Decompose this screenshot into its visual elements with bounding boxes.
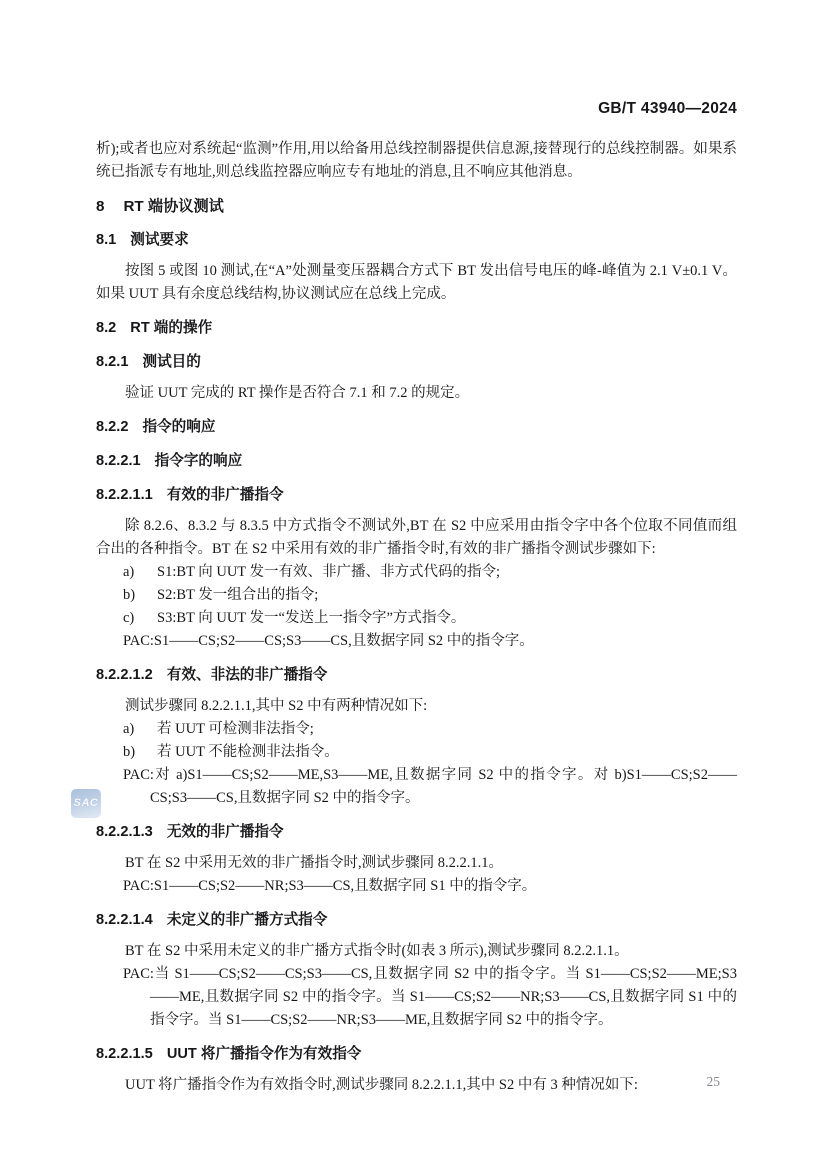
heading-8-2-2-1-3: 8.2.2.1.3无效的非广播指令 bbox=[96, 821, 737, 844]
list-item-c: c) S3:BT 向 UUT 发一“发送上一指令字”方式指令。 bbox=[123, 607, 737, 630]
heading-title: 测试要求 bbox=[130, 232, 188, 248]
heading-number: 8.2.2.1.3 bbox=[96, 824, 153, 840]
paragraph-continuation: 析);或者也应对系统起“监测”作用,用以给备用总线控制器提供信息源,接替现行的总… bbox=[96, 138, 737, 184]
heading-number: 8.1 bbox=[96, 232, 116, 248]
heading-number: 8.2.2.1 bbox=[96, 453, 141, 469]
paragraph: 测试步骤同 8.2.2.1.1,其中 S2 中有两种情况如下: bbox=[96, 695, 737, 718]
page-header: GB/T 43940—2024 bbox=[96, 97, 737, 120]
list-item-text: 若 UUT 不能检测非法指令。 bbox=[157, 741, 737, 764]
paragraph: 除 8.2.6、8.3.2 与 8.3.5 中方式指令不测试外,BT 在 S2 … bbox=[96, 515, 737, 561]
paragraph: UUT 将广播指令作为有效指令时,测试步骤同 8.2.2.1.1,其中 S2 中… bbox=[96, 1074, 737, 1097]
list-marker: c) bbox=[123, 607, 157, 630]
heading-8-2-2-1-2: 8.2.2.1.2有效、非法的非广播指令 bbox=[96, 664, 737, 687]
pac-result-line: PAC:对 a)S1——CS;S2——ME,S3——ME,且数据字同 S2 中的… bbox=[123, 764, 737, 810]
list-marker: b) bbox=[123, 741, 157, 764]
heading-title: 测试目的 bbox=[142, 354, 200, 370]
list-item-text: 若 UUT 可检测非法指令; bbox=[157, 718, 737, 741]
document-content: GB/T 43940—2024 析);或者也应对系统起“监测”作用,用以给备用总… bbox=[96, 97, 737, 1097]
heading-number: 8.2.2.1.4 bbox=[96, 912, 153, 928]
list-marker: a) bbox=[123, 561, 157, 584]
heading-title: 指令字的响应 bbox=[155, 453, 243, 469]
heading-title: 指令的响应 bbox=[142, 419, 215, 435]
paragraph: BT 在 S2 中采用未定义的非广播方式指令时(如表 3 所示),测试步骤同 8… bbox=[96, 940, 737, 963]
document-page: GB/T 43940—2024 析);或者也应对系统起“监测”作用,用以给备用总… bbox=[0, 0, 827, 1170]
heading-number: 8.2.2.1.2 bbox=[96, 667, 153, 683]
heading-8: 8RT 端协议测试 bbox=[96, 195, 737, 218]
pac-result-line: PAC:S1——CS;S2——NR;S3——CS,且数据字同 S1 中的指令字。 bbox=[123, 875, 737, 898]
paragraph: BT 在 S2 中采用无效的非广播指令时,测试步骤同 8.2.2.1.1。 bbox=[96, 852, 737, 875]
heading-title: 有效、非法的非广播指令 bbox=[167, 667, 328, 683]
list-item-text: S2:BT 发一组合出的指令; bbox=[157, 584, 737, 607]
paragraph: 按图 5 或图 10 测试,在“A”处测量变压器耦合方式下 BT 发出信号电压的… bbox=[96, 260, 737, 306]
heading-8-2-2-1-4: 8.2.2.1.4未定义的非广播方式指令 bbox=[96, 909, 737, 932]
sac-logo-text: SAC bbox=[74, 792, 99, 815]
page-footer: 25 bbox=[707, 1072, 721, 1092]
heading-number: 8.2.1 bbox=[96, 354, 128, 370]
heading-title: RT 端的操作 bbox=[130, 320, 212, 336]
heading-title: RT 端协议测试 bbox=[123, 198, 223, 215]
heading-title: 无效的非广播指令 bbox=[167, 824, 284, 840]
heading-number: 8.2.2.1.5 bbox=[96, 1046, 153, 1062]
standard-code: GB/T 43940—2024 bbox=[598, 100, 737, 117]
paragraph: 验证 UUT 完成的 RT 操作是否符合 7.1 和 7.2 的规定。 bbox=[96, 382, 737, 405]
heading-8-2: 8.2RT 端的操作 bbox=[96, 317, 737, 340]
page-number: 25 bbox=[707, 1074, 721, 1089]
list-item-text: S1:BT 向 UUT 发一有效、非广播、非方式代码的指令; bbox=[157, 561, 737, 584]
heading-number: 8 bbox=[96, 198, 104, 215]
list-marker: a) bbox=[123, 718, 157, 741]
heading-8-2-2-1-5: 8.2.2.1.5UUT 将广播指令作为有效指令 bbox=[96, 1043, 737, 1066]
heading-8-2-2: 8.2.2指令的响应 bbox=[96, 416, 737, 439]
heading-8-2-1: 8.2.1测试目的 bbox=[96, 351, 737, 374]
list-item-a: a) 若 UUT 可检测非法指令; bbox=[123, 718, 737, 741]
list-marker: b) bbox=[123, 584, 157, 607]
heading-number: 8.2 bbox=[96, 320, 116, 336]
sac-watermark-logo: SAC bbox=[71, 789, 101, 818]
list-item-b: b) S2:BT 发一组合出的指令; bbox=[123, 584, 737, 607]
heading-number: 8.2.2.1.1 bbox=[96, 487, 153, 503]
heading-8-2-2-1-1: 8.2.2.1.1有效的非广播指令 bbox=[96, 484, 737, 507]
heading-8-1: 8.1测试要求 bbox=[96, 229, 737, 252]
pac-result-line: PAC:S1——CS;S2——CS;S3——CS,且数据字同 S2 中的指令字。 bbox=[123, 630, 737, 653]
heading-title: 未定义的非广播方式指令 bbox=[167, 912, 328, 928]
list-item-text: S3:BT 向 UUT 发一“发送上一指令字”方式指令。 bbox=[157, 607, 737, 630]
heading-number: 8.2.2 bbox=[96, 419, 128, 435]
list-item-b: b) 若 UUT 不能检测非法指令。 bbox=[123, 741, 737, 764]
list-item-a: a) S1:BT 向 UUT 发一有效、非广播、非方式代码的指令; bbox=[123, 561, 737, 584]
heading-8-2-2-1: 8.2.2.1指令字的响应 bbox=[96, 450, 737, 473]
pac-result-line: PAC:当 S1——CS;S2——CS;S3——CS,且数据字同 S2 中的指令… bbox=[123, 963, 737, 1032]
heading-title: 有效的非广播指令 bbox=[167, 487, 284, 503]
heading-title: UUT 将广播指令作为有效指令 bbox=[167, 1046, 362, 1062]
